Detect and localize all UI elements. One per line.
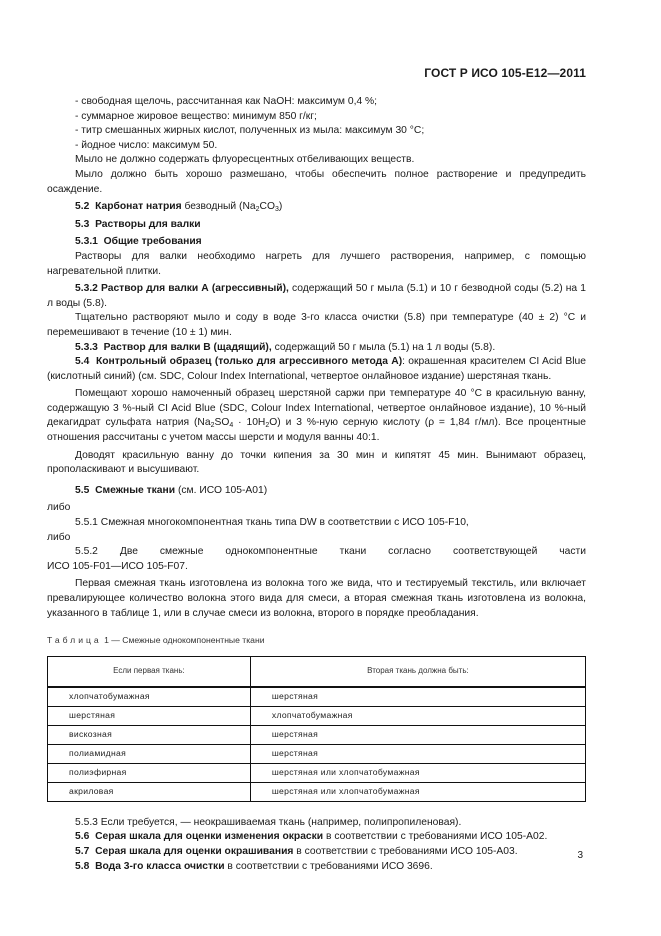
document-header: ГОСТ Р ИСО 105-E12—2011 [424,66,586,80]
table-cell: шерстяная [48,706,251,725]
section-text: в соответствии с требованиями ИСО 105-A0… [323,831,547,842]
section-title: Раствор для валки В (щадящий), [104,342,272,353]
section-title: Растворы для валки [95,219,201,230]
text: SO [214,417,229,428]
section-title: Серая шкала для оценки изменения окраски [95,831,323,842]
text: · 10H [233,417,265,428]
table-header-row: Если первая ткань: Вторая ткань должна б… [48,656,586,687]
paragraph: Мыло не должно содержать флуоресцентных … [47,153,586,168]
either-label: либо [47,531,586,546]
table-cell: шерстяная [250,744,585,763]
table-cell: хлопчатобумажная [48,687,251,707]
table-row: акриловаяшерстяная или хлопчатобумажная [48,782,586,801]
section-5-5: 5.5 Смежные ткани (см. ИСО 105-A01) [47,484,586,499]
paragraph: Мыло должно быть хорошо размешано, чтобы… [47,168,586,197]
section-5-3-2: 5.3.2 Раствор для валки А (агрессивный),… [47,282,586,311]
section-5-5-2-cont: ИСО 105-F01—ИСО 105-F07. [47,560,586,575]
either-label: либо [47,501,586,516]
section-number: 5.3 [75,219,89,230]
section-text: (см. ИСО 105-A01) [175,485,267,496]
section-5-2: 5.2 Карбонат натрия безводный (Na2CO3) [47,200,586,215]
table-cell: шерстяная или хлопчатобумажная [250,782,585,801]
table-cell: полиамидная [48,744,251,763]
list-item: - йодное число: максимум 50. [47,139,586,154]
section-5-3-1: 5.3.1 Общие требования [47,235,586,250]
section-text: в соответствии с требованиями ИСО 3696. [225,861,433,872]
table-cell: вискозная [48,725,251,744]
section-5-3: 5.3 Растворы для валки [47,218,586,233]
table-caption: Таблица 1 — Смежные однокомпонентные тка… [47,633,586,648]
section-title: Смежные ткани [95,485,175,496]
section-5-5-2: 5.5.2 Две смежные однокомпонентные ткани… [47,545,586,560]
table-row: полиэфирнаяшерстяная или хлопчатобумажна… [48,763,586,782]
section-text: ) [279,201,282,212]
section-text: безводный (Na [182,201,256,212]
list-item: - свободная щелочь, рассчитанная как NaO… [47,95,586,110]
table-cell: шерстяная [250,725,585,744]
column-header: Вторая ткань должна быть: [250,656,585,687]
section-text: в соответствии с требованиями ИСО 105-A0… [293,846,517,857]
section-5-7: 5.7 Серая шкала для оценки окрашивания в… [47,845,586,860]
paragraph: Первая смежная ткань изготовлена из воло… [47,577,586,621]
list-item: - суммарное жировое вещество: минимум 85… [47,110,586,125]
section-number: 5.3.3 [75,342,98,353]
page-content: - свободная щелочь, рассчитанная как NaO… [47,95,586,874]
section-number: 5.2 [75,201,89,212]
paragraph: Растворы для валки необходимо нагреть дл… [47,250,586,279]
section-number: 5.3.2 [75,283,98,294]
section-number: 5.4 [75,356,89,367]
table-cell: шерстяная или хлопчатобумажная [250,763,585,782]
table-cell: акриловая [48,782,251,801]
section-number: 5.6 [75,831,89,842]
section-title: Раствор для валки А (агрессивный), [101,283,289,294]
section-number: 5.7 [75,846,89,857]
column-header: Если первая ткань: [48,656,251,687]
adjacent-fabrics-table: Если первая ткань: Вторая ткань должна б… [47,656,586,802]
table-row: шерстянаяхлопчатобумажная [48,706,586,725]
paragraph: Помещают хорошо намоченный образец шерст… [47,387,586,445]
table-row: хлопчатобумажнаяшерстяная [48,687,586,707]
section-text: CO [260,201,275,212]
paragraph: Тщательно растворяют мыло и соду в воде … [47,311,586,340]
table-row: полиамиднаяшерстяная [48,744,586,763]
table-row: вискознаяшерстяная [48,725,586,744]
section-5-6: 5.6 Серая шкала для оценки изменения окр… [47,830,586,845]
section-title: Общие требования [104,236,202,247]
section-5-5-3: 5.5.3 Если требуется, — неокрашиваемая т… [47,816,586,831]
section-number: 5.3.1 [75,236,98,247]
section-5-5-1: 5.5.1 Смежная многокомпонентная ткань ти… [47,516,586,531]
section-title: Карбонат натрия [95,201,182,212]
table-caption-label: Таблица [47,635,102,645]
paragraph: Доводят красильную ванну до точки кипени… [47,449,586,478]
section-5-4: 5.4 Контрольный образец (только для агре… [47,355,586,384]
section-title: Вода 3-го класса очистки [95,861,224,872]
table-caption-text: 1 — Смежные однокомпонентные ткани [102,635,265,645]
table-cell: полиэфирная [48,763,251,782]
table-cell: шерстяная [250,687,585,707]
section-number: 5.8 [75,861,89,872]
section-text: содержащий 50 г мыла (5.1) на 1 л воды (… [272,342,495,353]
section-5-3-3: 5.3.3 Раствор для валки В (щадящий), сод… [47,341,586,356]
table-cell: хлопчатобумажная [250,706,585,725]
list-item: - титр смешанных жирных кислот, полученн… [47,124,586,139]
page-number: 3 [577,850,583,861]
section-number: 5.5 [75,485,89,496]
section-5-8: 5.8 Вода 3-го класса очистки в соответст… [47,860,586,875]
section-title: Серая шкала для оценки окрашивания [95,846,293,857]
section-title: Контрольный образец (только для агрессив… [96,356,402,367]
